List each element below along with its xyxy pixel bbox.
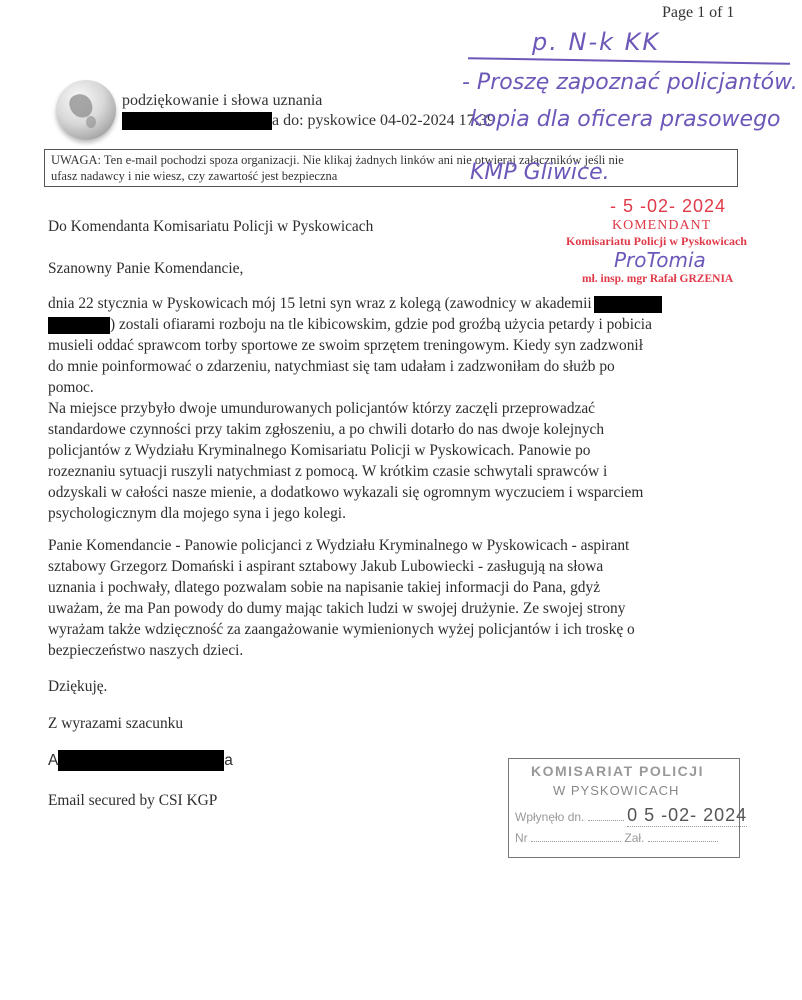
redacted-academy-name <box>594 296 662 313</box>
redacted-signature <box>58 750 224 771</box>
dotted-line <box>648 841 718 842</box>
text-line: standardowe czynności przy takim zgłosze… <box>48 419 728 440</box>
text-span: dnia 22 stycznia w Pyskowicach mój 15 le… <box>48 295 592 312</box>
text-line: musieli oddać sprawcom torby sportowe ze… <box>48 335 728 356</box>
received-stamp-subtitle: W PYSKOWICACH <box>553 783 679 798</box>
number-row: Nr Zał. <box>515 831 718 845</box>
redacted-academy-name <box>48 317 110 334</box>
text-line: do mnie poinformować o zdarzeniu, natych… <box>48 356 728 377</box>
letter-paragraph-1: dnia 22 stycznia w Pyskowicach mój 15 le… <box>48 293 728 398</box>
handwritten-note-2: - Proszę zapoznać policjantów. <box>462 70 798 95</box>
text-line: sztabowy Grzegorz Domański i aspirant sz… <box>48 556 728 577</box>
text-line: psychologicznym dla mojego syna i jego k… <box>48 503 728 524</box>
received-date: 0 5 -02- 2024 <box>627 805 747 827</box>
letter-salutation: Szanowny Panie Komendancie, <box>48 258 728 279</box>
letter-thanks: Dziękuję. <box>48 676 728 697</box>
globe-icon <box>56 80 116 140</box>
letter-paragraph-2: Na miejsce przybyło dwoje umundurowanych… <box>48 398 728 524</box>
commander-stamp-date: - 5 -02- 2024 <box>610 196 726 217</box>
letter-addressee: Do Komendanta Komisariatu Policji w Pysk… <box>48 216 728 237</box>
handwritten-note-4: KMP Gliwice. <box>470 160 610 185</box>
text-line: Panie Komendancie - Panowie policjanci z… <box>48 535 728 556</box>
letter-closing: Z wyrazami szacunku <box>48 713 728 734</box>
text-line: uważam, że ma Pan powody do dumy mając t… <box>48 598 728 619</box>
signature-ending: a <box>224 752 233 769</box>
handwritten-note-1: p. N-k KK <box>532 28 660 56</box>
text-line: wyrażam także wdzięczność za zaangażowan… <box>48 619 728 640</box>
handwritten-underline <box>468 57 790 65</box>
letter-paragraph-3: Panie Komendancie - Panowie policjanci z… <box>48 535 728 661</box>
text-line: pomoc. <box>48 377 728 398</box>
text-line: odzyskali w całości nasze mienie, a doda… <box>48 482 728 503</box>
received-stamp: KOMISARIAT POLICJI W PYSKOWICACH Wpłynęł… <box>508 758 740 858</box>
received-date-row: Wpłynęło dn. 0 5 -02- 2024 <box>515 805 747 827</box>
text-line: rozeznaniu sytuacji ruszyli natychmiast … <box>48 461 728 482</box>
handwritten-note-3: kopia dla oficera prasowego <box>470 107 781 132</box>
warning-text-line2: ufasz nadawcy i nie wiesz, czy zawartość… <box>51 168 731 184</box>
email-subject: podziękowanie i słowa uznania <box>122 92 322 110</box>
page-indicator: Page 1 of 1 <box>662 4 734 22</box>
email-recipient-date: a do: pyskowice 04-02-2024 17:39 <box>272 112 495 129</box>
continent-shape <box>86 116 96 128</box>
text-span: ) zostali ofiarami rozboju na tle kibico… <box>110 316 652 333</box>
text-line: uznania i pochwały, dlatego pozwalam sob… <box>48 577 728 598</box>
redacted-sender <box>122 112 272 130</box>
received-stamp-title: KOMISARIAT POLICJI <box>531 763 704 779</box>
text-line: ) zostali ofiarami rozboju na tle kibico… <box>48 314 728 335</box>
dotted-line <box>531 841 621 842</box>
signature-initial: A <box>48 752 58 769</box>
external-email-warning: UWAGA: Ten e-mail pochodzi spoza organiz… <box>44 149 738 187</box>
warning-label: UWAGA: <box>51 153 101 167</box>
email-from-line: a do: pyskowice 04-02-2024 17:39 <box>122 112 495 130</box>
attachment-label: Zał. <box>624 831 644 845</box>
text-line: bezpieczeństwo naszych dzieci. <box>48 640 728 661</box>
text-line: dnia 22 stycznia w Pyskowicach mój 15 le… <box>48 293 728 314</box>
number-label: Nr <box>515 831 528 845</box>
dotted-line <box>588 820 624 821</box>
text-line: Na miejsce przybyło dwoje umundurowanych… <box>48 398 728 419</box>
text-line: policjantów z Wydziału Kryminalnego Komi… <box>48 440 728 461</box>
received-label: Wpłynęło dn. <box>515 810 584 824</box>
